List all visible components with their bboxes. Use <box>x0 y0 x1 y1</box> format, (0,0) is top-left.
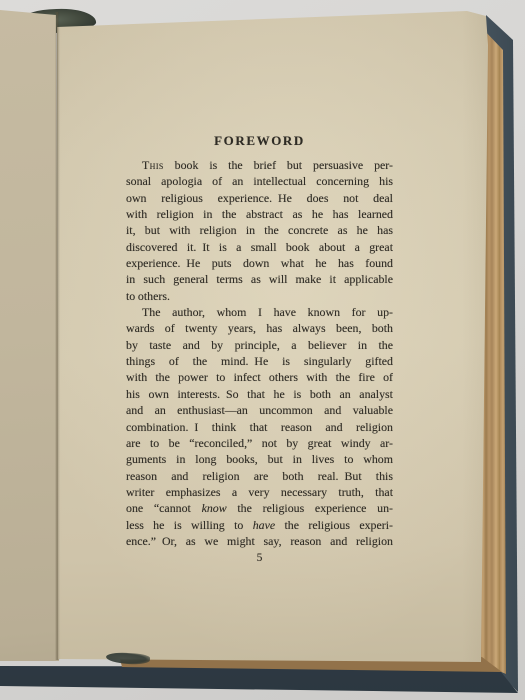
text-line: experience. He puts down what he has fou… <box>126 255 393 271</box>
text-segment: sonal apologia of an intellectual concer… <box>126 174 393 188</box>
spine-tail-notch <box>106 652 151 665</box>
text-segment: and an enthusiast—an uncommon and valuab… <box>126 403 393 417</box>
text-segment: his own interests. So that he is both an… <box>126 387 393 401</box>
paragraph-2: The author, whom I have known for up-war… <box>126 304 393 549</box>
text-line: less he is willing to have the religious… <box>126 517 393 533</box>
text-line: it, but with religion in the concrete as… <box>126 222 393 238</box>
book-photo: FOREWORD This book is the brief but pers… <box>0 0 525 700</box>
text-line: The author, whom I have known for up- <box>126 304 393 320</box>
text-line: and an enthusiast—an uncommon and valuab… <box>126 402 393 418</box>
text-segment: ence.” Or, as we might say, reason and r… <box>126 534 393 548</box>
text-segment: have <box>253 518 275 532</box>
text-segment: by taste and by principle, a believer in… <box>126 338 393 352</box>
text-line: things of the mind. He is singularly gif… <box>126 353 393 369</box>
text-segment: things of the mind. He is singularly gif… <box>126 354 393 368</box>
text-line: own religious experience. He does not de… <box>126 190 393 206</box>
text-segment: writer emphasizes a very necessary truth… <box>126 485 393 499</box>
text-line: combination. I think that reason and rel… <box>126 419 393 435</box>
text-segment: The author, whom I have known for up- <box>142 305 393 319</box>
text-segment: wards of twenty years, has always been, … <box>126 321 393 335</box>
text-segment: to others. <box>126 289 170 303</box>
text-segment: experience. He puts down what he has fou… <box>126 256 393 270</box>
text-segment: This <box>142 158 164 172</box>
text-line: writer emphasizes a very necessary truth… <box>126 484 393 500</box>
text-segment: with the power to infect others with the… <box>126 370 393 384</box>
text-line: in such general terms as will make it ap… <box>126 271 393 287</box>
text-segment: know <box>202 501 227 515</box>
text-segment: combination. I think that reason and rel… <box>126 420 393 434</box>
text-segment: own religious experience. He does not de… <box>126 191 393 205</box>
text-segment: with religion in the abstract as he has … <box>126 207 393 221</box>
text-segment: the religious experi- <box>275 518 393 532</box>
text-segment: are to be “reconciled,” not by great win… <box>126 436 393 450</box>
text-segment: the religious experience un- <box>227 501 393 515</box>
text-segment: it, but with religion in the concrete as… <box>126 223 393 237</box>
text-line: This book is the brief but persuasive pe… <box>126 157 393 173</box>
text-line: with the power to infect others with the… <box>126 369 393 385</box>
text-segment: in such general terms as will make it ap… <box>126 272 393 286</box>
body-text: This book is the brief but persuasive pe… <box>126 157 393 549</box>
gutter-shadow <box>55 12 60 660</box>
text-line: are to be “reconciled,” not by great win… <box>126 435 393 451</box>
text-line: his own interests. So that he is both an… <box>126 386 393 402</box>
text-line: discovered it. It is a small book about … <box>126 239 393 255</box>
text-segment: book is the brief but persuasive per- <box>164 158 393 172</box>
text-segment: guments in long books, but in lives to w… <box>126 452 393 466</box>
text-segment: reason and religion are both real. But t… <box>126 469 393 483</box>
text-line: guments in long books, but in lives to w… <box>126 451 393 467</box>
text-line: ence.” Or, as we might say, reason and r… <box>126 533 393 549</box>
paragraph-1: This book is the brief but persuasive pe… <box>126 157 393 304</box>
text-line: sonal apologia of an intellectual concer… <box>126 173 393 189</box>
text-line: wards of twenty years, has always been, … <box>126 320 393 336</box>
text-line: reason and religion are both real. But t… <box>126 468 393 484</box>
text-line: with religion in the abstract as he has … <box>126 206 393 222</box>
text-segment: less he is willing to <box>126 518 253 532</box>
text-segment: one “cannot <box>126 501 202 515</box>
page-number: 5 <box>126 552 393 564</box>
text-line: to others. <box>126 288 393 304</box>
text-segment: discovered it. It is a small book about … <box>126 240 393 254</box>
page-heading: FOREWORD <box>126 133 393 149</box>
text-line: by taste and by principle, a believer in… <box>126 337 393 353</box>
text-line: one “cannot know the religious experienc… <box>126 500 393 516</box>
